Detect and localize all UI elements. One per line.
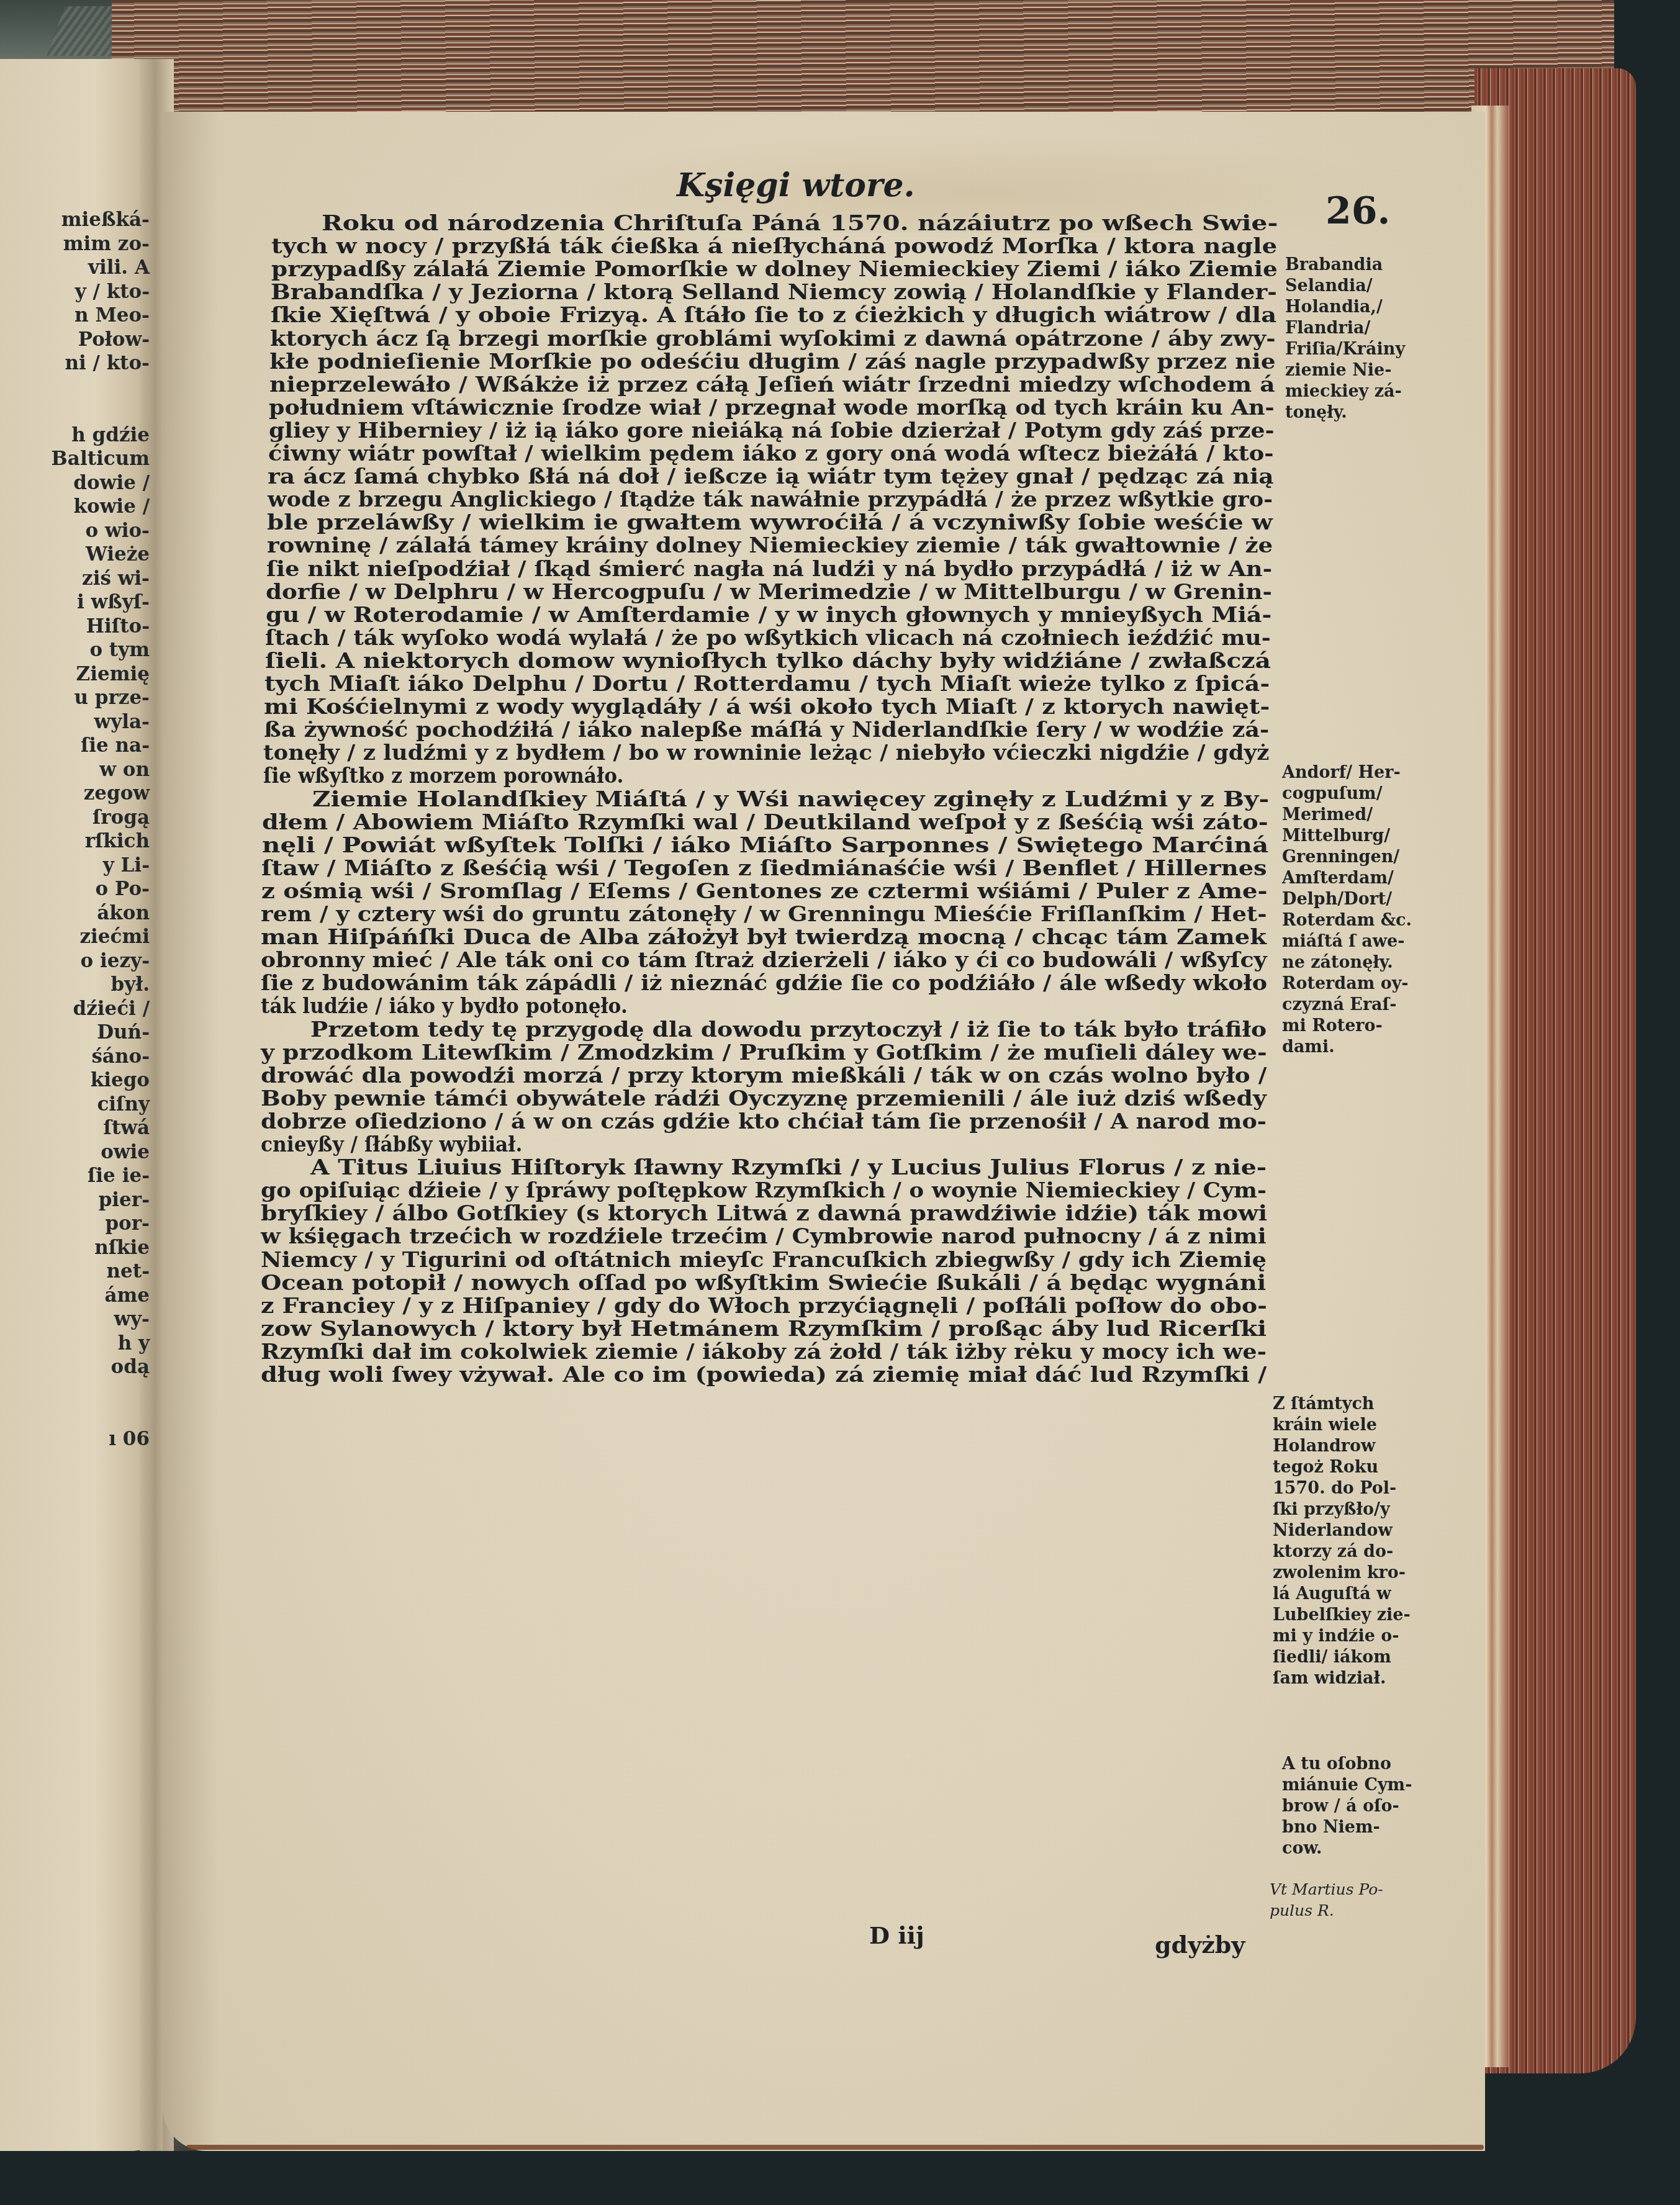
- text-line: A Titus Liuius Hiſtoryk ſławny Rzymſki /…: [310, 1157, 1267, 1179]
- text-line: ßa żywność pochodźiłá / iáko nalepße máſ…: [264, 719, 1269, 742]
- left-page-line: wyla-: [52, 710, 150, 734]
- margin-note-line: ſam widział.: [1273, 1668, 1411, 1689]
- left-page-line: u prze-: [52, 686, 150, 710]
- margin-note-line: ziemie Nie-: [1285, 360, 1405, 381]
- left-page-line: dźieći /: [52, 997, 150, 1021]
- left-page-line: vili. A: [52, 256, 150, 280]
- left-page-line: ſrogą: [52, 806, 150, 830]
- margin-note-line: ſiedli/ iákom: [1273, 1647, 1411, 1668]
- left-page-line: owie: [52, 1140, 150, 1165]
- text-line: gu / w Roterodamie / w Amſterdamie / y w…: [266, 604, 1271, 627]
- margin-note-line: czyzná Eraſ-: [1282, 994, 1412, 1016]
- margin-note-line: cogpuſum/: [1282, 783, 1412, 805]
- margin-note-line: Mittelburg/: [1282, 826, 1412, 847]
- text-line: w kśięgach trzećich w rozdźiele trzećim …: [261, 1225, 1267, 1248]
- left-page-line: ſie ie-: [52, 1164, 150, 1188]
- text-line: południem vſtáwicznie ſrodze wiał / prze…: [269, 397, 1275, 420]
- margin-note-line: Grenningen/: [1282, 847, 1412, 868]
- left-page-line: ákon: [52, 901, 150, 926]
- text-line: ſie z budowánim ták zápádli / iż nieznáć…: [261, 972, 1267, 995]
- left-page-line: n Meo-: [52, 304, 150, 328]
- left-page-line: Hiſto-: [52, 615, 150, 639]
- left-page-line: kowie /: [52, 495, 150, 519]
- text-line: Rzymſki dał im cokolwiek ziemie / iákoby…: [261, 1341, 1267, 1364]
- text-line: ták ludźie / iáko y bydło potonęło.: [261, 995, 628, 1018]
- left-page-line: wy-: [52, 1307, 150, 1332]
- margin-note-line: lá Auguſtá w: [1273, 1584, 1411, 1605]
- margin-note-latin: Vt Martius Po-pulus R.: [1270, 1879, 1383, 1921]
- left-page-line: [52, 1403, 150, 1427]
- left-page-line: [52, 1379, 150, 1404]
- margin-note-line: brow / á oſo-: [1282, 1796, 1412, 1817]
- left-page-line: rſkich: [52, 829, 150, 854]
- left-page-line: ı 06: [52, 1427, 150, 1451]
- margin-note-line: Andorf/ Her-: [1282, 762, 1412, 783]
- left-page-line: y Li-: [52, 854, 150, 878]
- margin-note-line: cow.: [1282, 1838, 1412, 1859]
- left-page-text-column: mießká-mim zo-vili. Ay / kto-n Meo-Połow…: [52, 208, 150, 1451]
- margin-note-line: Holandrow: [1273, 1436, 1411, 1457]
- text-line: dłem / Abowiem Miáſto Rzymſki wal / Deut…: [262, 811, 1268, 834]
- left-page-line: ni / kto-: [52, 351, 150, 376]
- margin-note-line: Roterdam &c.: [1282, 910, 1412, 931]
- text-line: gliey y Hiberniey / iż ią iáko gore niei…: [269, 420, 1275, 443]
- text-line: Ziemie Holandſkiey Miáſtá / y Wśi nawięc…: [312, 788, 1269, 811]
- margin-note-line: A tu oſobno: [1282, 1754, 1412, 1775]
- text-line: Brabandſka / y Jeziorna / ktorą Selland …: [271, 281, 1277, 304]
- left-page-line: zegow: [52, 782, 150, 806]
- left-page-line: kiego: [52, 1068, 150, 1093]
- left-page-line: ſie na-: [52, 734, 150, 758]
- text-line: dobrze oſiedziono / á w on czás gdźie kt…: [261, 1111, 1267, 1134]
- text-line: ſtaw / Miáſto z ßeśćią wśi / Tegoſen z ſ…: [261, 857, 1267, 880]
- text-line: cnieyßy / ſłábßy wybiiał.: [261, 1134, 522, 1157]
- text-line: kłe podnieſienie Morſkie po odeśćiu dług…: [269, 351, 1276, 374]
- text-line: obronny mieć / Ale ták oni co tám ſtraż …: [261, 949, 1267, 972]
- page-number: 26.: [1325, 189, 1390, 233]
- margin-note-line: Friſia/Kráiny: [1285, 339, 1405, 360]
- text-line: przypadßy zálałá Ziemie Pomorſkie w doln…: [271, 258, 1278, 281]
- left-page-line: był.: [52, 973, 150, 997]
- text-line: Roku od národzenia Chriſtuſa Páná 1570. …: [322, 212, 1278, 235]
- text-line: drowáć dla powodźi morzá / przy ktorym m…: [261, 1065, 1267, 1088]
- left-page-line: ziś wi-: [52, 567, 150, 591]
- margin-note-line: Merimed/: [1282, 805, 1412, 826]
- text-line: bryſkiey / álbo Gotſkiey (s ktorych Litw…: [261, 1202, 1267, 1225]
- left-page-line: ziećmi: [52, 925, 150, 949]
- text-line: ćiwny wiátr powſtał / wielkim pędem iáko…: [268, 443, 1273, 466]
- top-page-edges: [112, 0, 1614, 127]
- left-page-line: Wieże: [52, 543, 150, 567]
- left-page-line: o iezy-: [52, 949, 150, 973]
- margin-note-line: mieckiey zá-: [1285, 381, 1405, 402]
- margin-note-line: Niderlandow: [1273, 1520, 1411, 1541]
- text-line: Przetom tedy tę przygodę dla dowodu przy…: [310, 1019, 1267, 1042]
- left-page-line: i wßyſ-: [52, 590, 150, 615]
- catchword: gdyżby: [1155, 1931, 1245, 1959]
- left-page-line: Duń-: [52, 1021, 150, 1045]
- text-line: rem / y cztery wśi do gruntu zátonęły / …: [261, 903, 1267, 926]
- margin-note-line: Lubelſkiey zie-: [1273, 1605, 1411, 1626]
- left-page-line: dowie /: [52, 471, 150, 495]
- text-line: go opiſuiąc dźieie / y ſpráwy poſtępkow …: [261, 1179, 1267, 1202]
- margin-note-line: mi y indźie o-: [1273, 1626, 1411, 1647]
- text-line: nieprzelewáło / Wßákże iż przez cáłą Jeſ…: [269, 374, 1275, 397]
- text-line: Ocean potopił / nowych oſſad po wßyſtkim…: [261, 1272, 1266, 1295]
- margin-note-line: Roterdam oy-: [1282, 973, 1412, 994]
- text-line: man Hiſpáńſki Duca de Alba záłożył był t…: [261, 926, 1267, 949]
- text-line: ktorych ácz ſą brzegi morſkie groblámi w…: [270, 328, 1276, 351]
- text-line: Boby pewnie támći obywátele rádźi Oyczyz…: [261, 1088, 1267, 1111]
- margin-note-line: mi Rotero-: [1282, 1016, 1412, 1037]
- left-page-line: h y: [52, 1332, 150, 1356]
- left-page-line: áme: [52, 1284, 150, 1308]
- margin-note-line: ktorzy zá do-: [1273, 1541, 1411, 1562]
- margin-note-line: Brabandia: [1285, 255, 1405, 276]
- page-bottom-edge: [186, 2145, 1484, 2150]
- text-line: tych w nocy / przyßłá ták ćießka á nieſł…: [271, 235, 1277, 258]
- left-page-line: Połow-: [52, 328, 150, 352]
- margin-note-line: ſki przyßło/y: [1273, 1499, 1411, 1520]
- margin-note-line: Amſterdam/: [1282, 868, 1412, 889]
- left-page-line: w on: [52, 758, 150, 782]
- left-page-line: Ziemię: [52, 662, 150, 687]
- left-page-line: o tym: [52, 638, 150, 662]
- left-page-line: ciſny: [52, 1093, 150, 1117]
- left-page-line: odą: [52, 1355, 150, 1379]
- margin-note-holandrow: Z ſtámtychkráin wieleHolandrowtegoż Roku…: [1273, 1394, 1411, 1689]
- margin-note-line: kráin wiele: [1273, 1415, 1411, 1436]
- text-line: y przodkom Litewſkim / Zmodzkim / Pruſki…: [261, 1042, 1267, 1065]
- left-page-line: o Po-: [52, 877, 150, 901]
- left-page-line: nſkie: [52, 1236, 150, 1260]
- left-page-line: pier-: [52, 1188, 150, 1212]
- margin-note-line: tegoż Roku: [1273, 1457, 1411, 1478]
- left-page-line: mießká-: [52, 208, 150, 232]
- margin-note-brabandia: BrabandiaSelandia/Holandia,/Flandria/Fri…: [1285, 255, 1405, 423]
- margin-note-line: miáſtá ſ awe-: [1282, 931, 1412, 952]
- margin-note-line: Flandria/: [1285, 318, 1405, 339]
- margin-note-andorf: Andorf/ Her-cogpuſum/Merimed/Mittelburg/…: [1282, 762, 1412, 1058]
- left-page-line: o wio-: [52, 519, 150, 543]
- text-line: ſieli. A niektorych domow wynioſłych tyl…: [265, 650, 1271, 673]
- margin-note-line: tonęły.: [1285, 402, 1405, 423]
- text-line: z Franciey / y z Hiſpaniey / gdy do Włoc…: [261, 1295, 1267, 1318]
- signature-mark: D iij: [869, 1921, 924, 1949]
- text-line: Niemcy / y Tigurini od oſtátnich mieyſc …: [261, 1249, 1267, 1272]
- text-line: ſkie Xięſtwá / y oboie Frizyą. A ſtáło ſ…: [271, 304, 1276, 327]
- left-page-line: mim zo-: [52, 232, 150, 256]
- margin-note-line: Holandia,/: [1285, 297, 1405, 318]
- text-line: wode z brzegu Anglickiego / ſtądże ták n…: [268, 489, 1273, 512]
- text-line: ſie nikt nieſpodźiał / ſkąd śmierć nagła…: [266, 558, 1272, 581]
- text-line: tonęły / z ludźmi y z bydłem / bo w rown…: [263, 742, 1269, 765]
- text-line: ſtach / ták wyſoko wodá wylałá / że po w…: [265, 627, 1271, 650]
- text-line: mi Kośćielnymi z wody wyglądáły / á wśi …: [264, 696, 1270, 719]
- running-head: Kşięgi wtore.: [677, 166, 915, 204]
- margin-note-line: zwolenim kro-: [1273, 1562, 1411, 1584]
- margin-note-line: Delph/Dort/: [1282, 889, 1412, 910]
- left-page-line: ſtwá: [52, 1116, 150, 1140]
- left-page-line: net-: [52, 1260, 150, 1284]
- book-scan: mießká-mim zo-vili. Ay / kto-n Meo-Połow…: [0, 0, 1680, 2205]
- margin-note-line: bno Niem-: [1282, 1817, 1412, 1838]
- margin-note-line: Selandia/: [1285, 276, 1405, 297]
- left-page-line: h gdźie: [52, 423, 150, 448]
- text-line: dług woli ſwey vżywał. Ale co im (powied…: [261, 1364, 1267, 1387]
- left-page-line: [52, 399, 150, 423]
- text-line: rowninę / zálałá támey kráiny dolney Nie…: [267, 534, 1273, 557]
- left-page-line: y / kto-: [52, 280, 150, 304]
- text-line: ſie wßyſtko z morzem porownáło.: [263, 765, 623, 788]
- margin-note-line: Z ſtámtych: [1273, 1394, 1411, 1415]
- text-line: dorfie / w Delphru / w Hercogpuſu / w Me…: [266, 581, 1272, 604]
- left-page-line: Balticum: [52, 447, 150, 471]
- margin-note-line: dami.: [1282, 1037, 1412, 1058]
- margin-note-line: ne zátonęły.: [1282, 952, 1412, 973]
- left-page-line: por-: [52, 1212, 150, 1236]
- text-line: zow Sylanowych / ktory był Hetmánem Rzym…: [261, 1318, 1267, 1341]
- margin-note-cymbrow: A tu oſobnomiánuie Cym-brow / á oſo-bno …: [1282, 1754, 1412, 1859]
- text-line: nęli / Powiát wßyſtek Tolſki / iáko Miáſ…: [262, 834, 1268, 857]
- text-line: z ośmią wśi / Sromſlag / Eſems / Gentone…: [261, 880, 1268, 903]
- margin-note-line: 1570. do Pol-: [1273, 1478, 1411, 1499]
- margin-note-line: miánuie Cym-: [1282, 1775, 1412, 1796]
- left-page-line: śáno-: [52, 1045, 150, 1069]
- text-line: tych Miaſt iáko Delphu / Dortu / Rotterd…: [264, 673, 1270, 696]
- margin-note-line: pulus R.: [1270, 1900, 1383, 1921]
- margin-note-line: Vt Martius Po-: [1270, 1879, 1383, 1900]
- left-page-line: [52, 376, 150, 400]
- text-line: ble przeláwßy / wielkim ie gwałtem wywro…: [267, 512, 1273, 534]
- text-line: ra ácz ſamá chybko ßłá ná doł / ießcze i…: [268, 466, 1274, 489]
